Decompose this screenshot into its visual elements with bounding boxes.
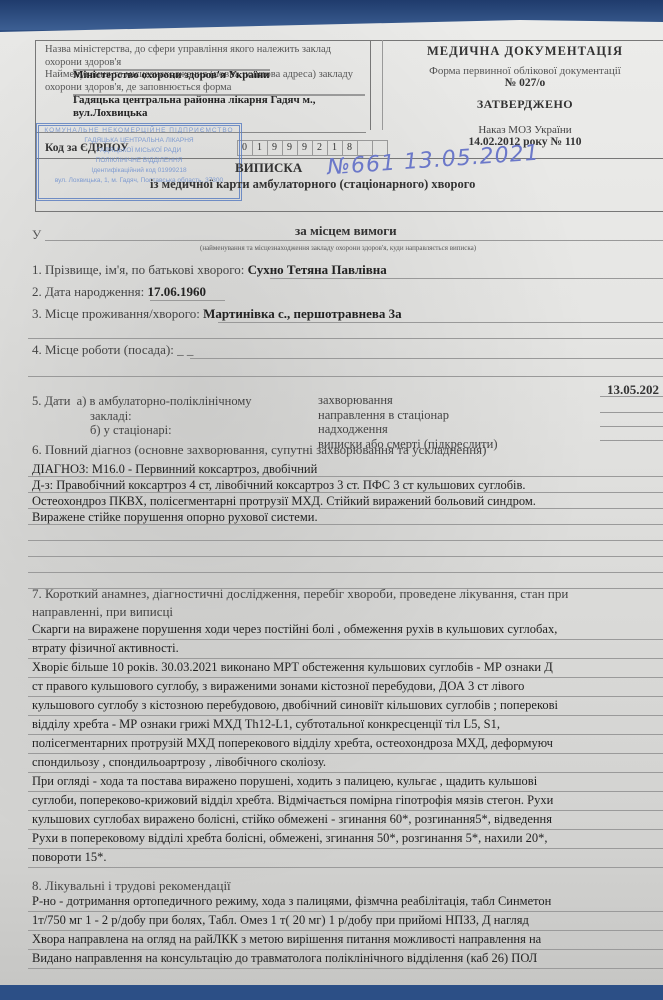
diagnosis-heading: 6. Повний діагноз (основне захворювання,… xyxy=(32,442,486,458)
table-surface-bottom xyxy=(0,985,663,1000)
field-workplace: 4. Місце роботи (посада): _ _ xyxy=(32,342,193,358)
form-header: МЕДИЧНА ДОКУМЕНТАЦІЯ Форма первинної обл… xyxy=(390,44,660,148)
text-line: Остеохондроз ПКВХ, полісегментарні протр… xyxy=(32,494,536,509)
text-line: втрату фізичної активності. xyxy=(32,641,179,656)
text-line: відділу хребта - МР ознаки грижі МХД Th1… xyxy=(32,717,500,732)
form-category: МЕДИЧНА ДОКУМЕНТАЦІЯ xyxy=(390,44,660,59)
institution-value: Гадяцька центральна районна лікарня Гадя… xyxy=(73,94,365,96)
dates-labels: 5. Дати а) в амбулаторно-поліклінічному … xyxy=(32,394,252,438)
field-birth-date: 2. Дата народження: 17.06.1960 xyxy=(32,284,206,300)
institution-header: Назва міністерства, до сфери управління … xyxy=(45,44,365,94)
recipient-value: за місцем вимоги xyxy=(295,223,397,239)
text-line: Видано направлення на консультацію до тр… xyxy=(32,951,537,966)
recipient-label: У xyxy=(32,227,41,243)
field-address: 3. Місце проживання/хворого: Мартинівка … xyxy=(32,306,402,322)
approved-label: ЗАТВЕРДЖЕНО xyxy=(390,97,660,112)
text-line: Скарги на виражене порушення ходи через … xyxy=(32,622,557,637)
edrpou-digit: 9 xyxy=(267,140,282,156)
document-title: ВИПИСКА xyxy=(235,160,302,176)
text-line: полісегментарних протрузій МХД попереков… xyxy=(32,736,553,751)
recommendations-heading: 8. Лікувальні і трудові рекомендації xyxy=(32,878,231,894)
text-line: суглоби, попереково-крижовий відділ хреб… xyxy=(32,793,553,808)
text-line: Виражене стійке порушення опорно рухової… xyxy=(32,510,318,525)
text-line: Хвора направлена на огляд на райЛКК з ме… xyxy=(32,932,541,947)
text-line: спондильозу , спондильоартрозу , лівобіч… xyxy=(32,755,326,770)
text-line: Хворіє більше 10 років. 30.03.2021 викон… xyxy=(32,660,553,675)
edrpou-digit: 9 xyxy=(297,140,312,156)
recipient-hint: (найменування та місцезнаходження заклад… xyxy=(200,244,476,252)
form-label: Форма первинної облікової документації xyxy=(390,65,660,77)
anamnesis-heading-2: направленні, при виписці xyxy=(32,604,173,620)
anamnesis-heading-1: 7. Короткий анамнез, діагностичні дослід… xyxy=(32,586,568,602)
ministry-label: Назва міністерства, до сфери управління … xyxy=(45,44,365,69)
document-page: Назва міністерства, до сфери управління … xyxy=(0,20,663,988)
order-label: Наказ МОЗ України xyxy=(390,124,660,136)
text-line: Рухи в поперековому відділі хребта боліс… xyxy=(32,831,548,846)
document-subtitle: із медичної карти амбулаторного (стаціон… xyxy=(150,177,475,192)
edrpou-digit: 9 xyxy=(282,140,297,156)
patient-name: Сухно Тетяна Павлівна xyxy=(248,262,387,277)
text-line: Д-з: Правобічний коксартроз 4 ст, лівобі… xyxy=(32,478,526,493)
birth-date: 17.06.1960 xyxy=(147,284,206,299)
institution-value-line2: 1 xyxy=(73,94,78,96)
text-line: 1т/750 мг 1 - 2 р/добу при болях, Табл. … xyxy=(32,913,529,928)
edrpou-digit: 2 xyxy=(312,140,327,156)
text-line: Р-но - дотримання ортопедичного режиму, … xyxy=(32,894,551,909)
patient-address: Мартинівка с., першотравнева 3а xyxy=(203,306,402,321)
text-line: кульшового суглобу з кістозною перебудов… xyxy=(32,698,558,713)
form-number: № 027/о xyxy=(390,77,660,89)
workplace-value: _ _ xyxy=(177,342,193,357)
edrpou-digit: 1 xyxy=(252,140,267,156)
text-line: кульшових суглобах виражено болісні, сті… xyxy=(32,812,552,827)
text-line: повороти 15*. xyxy=(32,850,107,865)
field-patient-name: 1. Прізвище, ім'я, по батькові хворого: … xyxy=(32,262,387,278)
ministry-value: Міністерство охорони здоров'я України xyxy=(73,69,270,71)
text-line: При огляді - хода та постава виражено по… xyxy=(32,774,537,789)
text-line: ДІАГНОЗ: M16.0 - Первинний коксартроз, д… xyxy=(32,462,317,477)
text-line: ст правого кульшового суглобу, з виражен… xyxy=(32,679,524,694)
